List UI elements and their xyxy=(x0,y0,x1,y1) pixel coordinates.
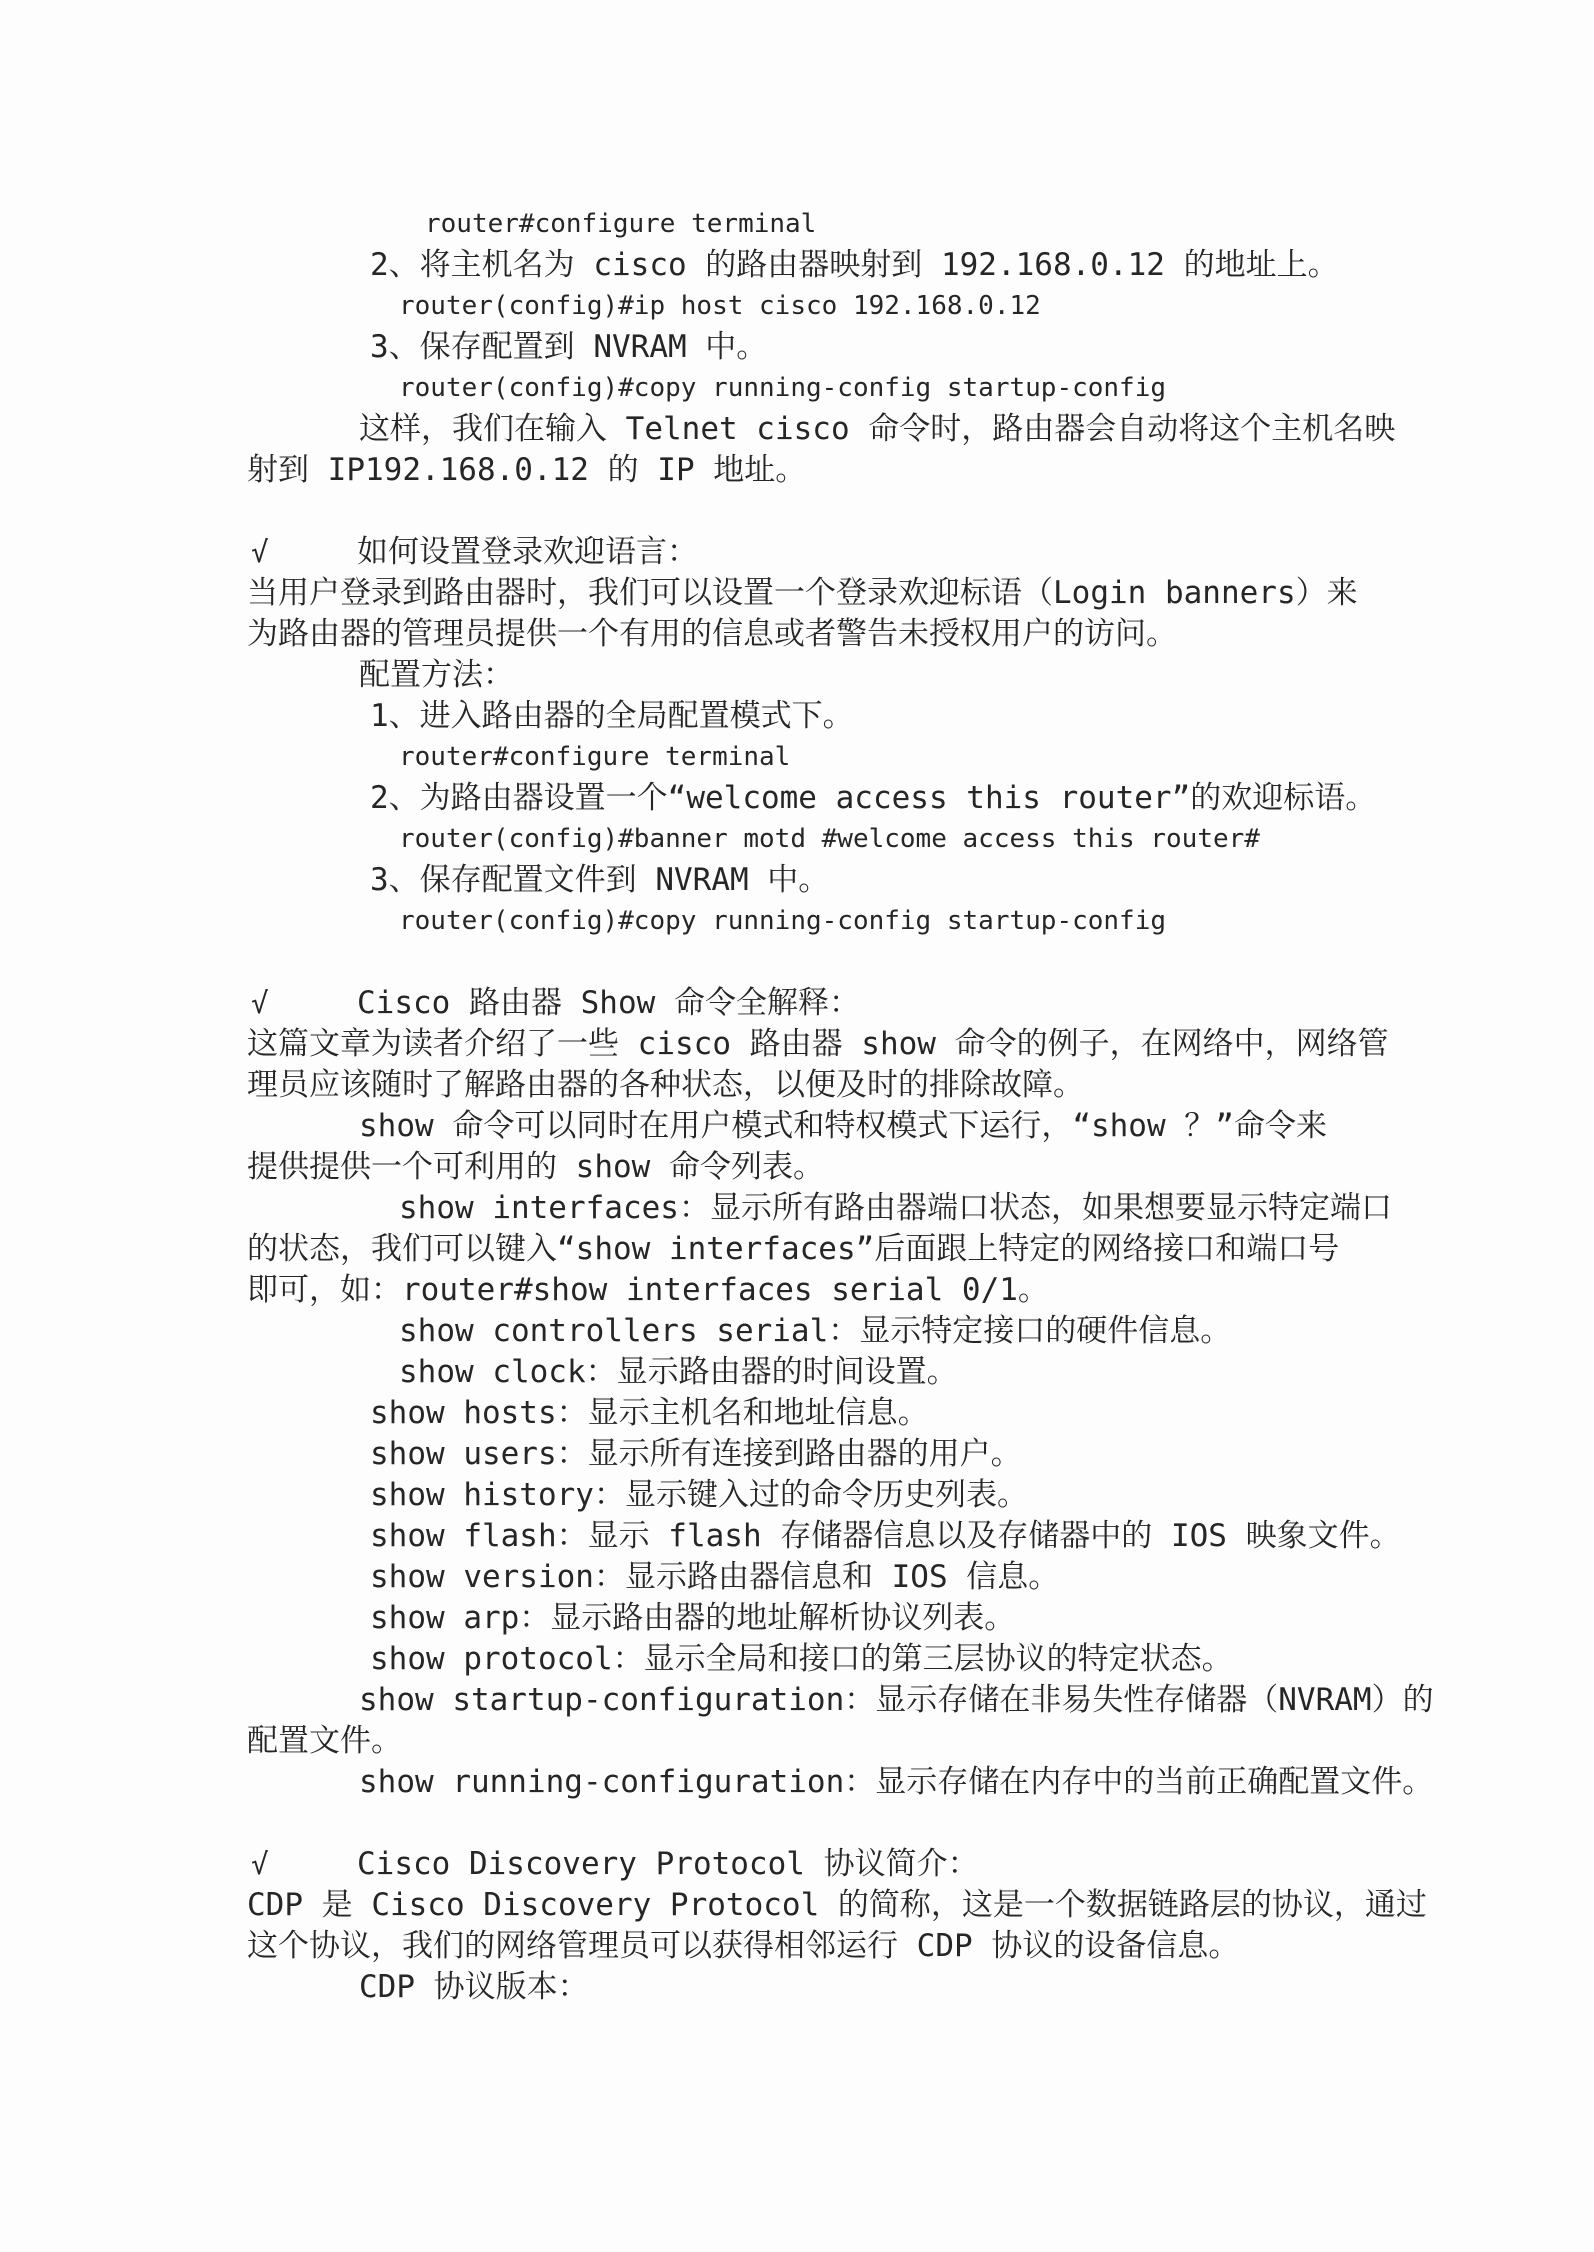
line-text: show hosts：显示主机名和地址信息。 xyxy=(370,1395,929,1431)
command-line: router(config)#copy running-config start… xyxy=(247,368,1474,409)
line-text: 为路由器的管理员提供一个有用的信息或者警告未授权用户的访问。 xyxy=(247,616,1177,652)
line-text: router(config)#copy running-config start… xyxy=(399,373,1166,403)
line-text: router#configure terminal xyxy=(425,209,816,239)
line-text: show running-configuration：显示存储在内存中的当前正确… xyxy=(359,1764,1433,1800)
text-line: 配置方法： xyxy=(247,655,1474,696)
line-text: show arp：显示路由器的地址解析协议列表。 xyxy=(370,1600,1015,1636)
line-text: show interfaces：显示所有路由器端口状态，如果想要显示特定端口 xyxy=(399,1190,1392,1226)
text-line: show hosts：显示主机名和地址信息。 xyxy=(247,1393,1474,1434)
text-line: show startup-configuration：显示存储在非易失性存储器（… xyxy=(247,1680,1474,1721)
text-line: 为路由器的管理员提供一个有用的信息或者警告未授权用户的访问。 xyxy=(247,614,1474,655)
section-heading-line: √如何设置登录欢迎语言： xyxy=(247,532,1474,573)
line-text: CDP 协议版本： xyxy=(359,1969,589,2005)
text-line: 1、进入路由器的全局配置模式下。 xyxy=(247,696,1474,737)
line-text: router(config)#banner motd #welcome acce… xyxy=(399,824,1260,854)
text-line: 的状态，我们可以键入“show interfaces”后面跟上特定的网络接口和端… xyxy=(247,1229,1474,1270)
section-heading-line: √Cisco Discovery Protocol 协议简介： xyxy=(247,1844,1474,1885)
command-line: router#configure terminal xyxy=(247,204,1474,245)
line-text: 这篇文章为读者介绍了一些 cisco 路由器 show 命令的例子，在网络中，网… xyxy=(247,1026,1389,1062)
text-line: show running-configuration：显示存储在内存中的当前正确… xyxy=(247,1762,1474,1803)
document-text-block: router#configure terminal2、将主机名为 cisco 的… xyxy=(247,204,1474,2008)
line-text: 1、进入路由器的全局配置模式下。 xyxy=(370,698,854,734)
line-text: show 命令可以同时在用户模式和特权模式下运行，“show ？”命令来 xyxy=(359,1108,1327,1144)
command-line: router(config)#copy running-config start… xyxy=(247,901,1474,942)
line-text: 2、将主机名为 cisco 的路由器映射到 192.168.0.12 的地址上。 xyxy=(370,247,1339,283)
text-line: show flash：显示 flash 存储器信息以及存储器中的 IOS 映象文… xyxy=(247,1516,1474,1557)
line-text: 2、为路由器设置一个“welcome access this router”的欢… xyxy=(370,780,1376,816)
text-line: CDP 协议版本： xyxy=(247,1967,1474,2008)
text-line: show arp：显示路由器的地址解析协议列表。 xyxy=(247,1598,1474,1639)
line-text: router(config)#ip host cisco 192.168.0.1… xyxy=(399,291,1041,321)
text-line: show clock：显示路由器的时间设置。 xyxy=(247,1352,1474,1393)
line-text: show protocol：显示全局和接口的第三层协议的特定状态。 xyxy=(370,1641,1233,1677)
line-text: show clock：显示路由器的时间设置。 xyxy=(399,1354,958,1390)
text-line: show interfaces：显示所有路由器端口状态，如果想要显示特定端口 xyxy=(247,1188,1474,1229)
line-text: show flash：显示 flash 存储器信息以及存储器中的 IOS 映象文… xyxy=(370,1518,1401,1554)
line-text: 3、保存配置文件到 NVRAM 中。 xyxy=(370,862,829,898)
text-line: 2、为路由器设置一个“welcome access this router”的欢… xyxy=(247,778,1474,819)
text-line: 配置文件。 xyxy=(247,1721,1474,1762)
blank-line xyxy=(247,942,1474,983)
line-text: router(config)#copy running-config start… xyxy=(399,906,1166,936)
text-line: 提供提供一个可利用的 show 命令列表。 xyxy=(247,1147,1474,1188)
line-text: 3、保存配置到 NVRAM 中。 xyxy=(370,329,767,365)
text-line: 理员应该随时了解路由器的各种状态，以便及时的排除故障。 xyxy=(247,1065,1474,1106)
document-page: router#configure terminal2、将主机名为 cisco 的… xyxy=(0,0,1594,2252)
line-text: 配置方法： xyxy=(359,657,514,693)
line-text: 理员应该随时了解路由器的各种状态，以便及时的排除故障。 xyxy=(247,1067,1084,1103)
line-text: show history：显示键入过的命令历史列表。 xyxy=(370,1477,1028,1513)
checkmark-bullet-icon: √ xyxy=(247,983,357,1024)
line-text: show version：显示路由器信息和 IOS 信息。 xyxy=(370,1559,1059,1595)
checkmark-bullet-icon: √ xyxy=(247,1844,357,1885)
text-line: show history：显示键入过的命令历史列表。 xyxy=(247,1475,1474,1516)
checkmark-bullet-icon: √ xyxy=(247,532,357,573)
text-line: 2、将主机名为 cisco 的路由器映射到 192.168.0.12 的地址上。 xyxy=(247,245,1474,286)
text-line: 射到 IP192.168.0.12 的 IP 地址。 xyxy=(247,450,1474,491)
text-line: CDP 是 Cisco Discovery Protocol 的简称，这是一个数… xyxy=(247,1885,1474,1926)
text-line: 当用户登录到路由器时，我们可以设置一个登录欢迎标语（Login banners）… xyxy=(247,573,1474,614)
line-text: 如何设置登录欢迎语言： xyxy=(357,534,698,570)
line-text: 提供提供一个可利用的 show 命令列表。 xyxy=(247,1149,824,1185)
text-line: show 命令可以同时在用户模式和特权模式下运行，“show ？”命令来 xyxy=(247,1106,1474,1147)
line-text: 的状态，我们可以键入“show interfaces”后面跟上特定的网络接口和端… xyxy=(247,1231,1339,1267)
text-line: 即可，如：router#show interfaces serial 0/1。 xyxy=(247,1270,1474,1311)
line-text: Cisco 路由器 Show 命令全解释： xyxy=(357,985,860,1021)
line-text: show users：显示所有连接到路由器的用户。 xyxy=(370,1436,1022,1472)
line-text: CDP 是 Cisco Discovery Protocol 的简称，这是一个数… xyxy=(247,1887,1427,1923)
line-text: show startup-configuration：显示存储在非易失性存储器（… xyxy=(359,1682,1434,1718)
text-line: 3、保存配置文件到 NVRAM 中。 xyxy=(247,860,1474,901)
line-text: 这个协议，我们的网络管理员可以获得相邻运行 CDP 协议的设备信息。 xyxy=(247,1928,1239,1964)
text-line: show users：显示所有连接到路由器的用户。 xyxy=(247,1434,1474,1475)
text-line: 3、保存配置到 NVRAM 中。 xyxy=(247,327,1474,368)
command-line: router(config)#ip host cisco 192.168.0.1… xyxy=(247,286,1474,327)
text-line: show protocol：显示全局和接口的第三层协议的特定状态。 xyxy=(247,1639,1474,1680)
text-line: 这篇文章为读者介绍了一些 cisco 路由器 show 命令的例子，在网络中，网… xyxy=(247,1024,1474,1065)
text-line: 这样，我们在输入 Telnet cisco 命令时，路由器会自动将这个主机名映 xyxy=(247,409,1474,450)
blank-line xyxy=(247,491,1474,532)
text-line: show version：显示路由器信息和 IOS 信息。 xyxy=(247,1557,1474,1598)
line-text: 射到 IP192.168.0.12 的 IP 地址。 xyxy=(247,452,806,488)
text-line: show controllers serial：显示特定接口的硬件信息。 xyxy=(247,1311,1474,1352)
line-text: 即可，如：router#show interfaces serial 0/1。 xyxy=(247,1272,1049,1308)
line-text: show controllers serial：显示特定接口的硬件信息。 xyxy=(399,1313,1231,1349)
command-line: router#configure terminal xyxy=(247,737,1474,778)
line-text: router#configure terminal xyxy=(399,742,790,772)
blank-line xyxy=(247,1803,1474,1844)
line-text: Cisco Discovery Protocol 协议简介： xyxy=(357,1846,979,1882)
line-text: 当用户登录到路由器时，我们可以设置一个登录欢迎标语（Login banners）… xyxy=(247,575,1358,611)
line-text: 配置文件。 xyxy=(247,1723,402,1759)
command-line: router(config)#banner motd #welcome acce… xyxy=(247,819,1474,860)
line-text: 这样，我们在输入 Telnet cisco 命令时，路由器会自动将这个主机名映 xyxy=(359,411,1395,447)
section-heading-line: √Cisco 路由器 Show 命令全解释： xyxy=(247,983,1474,1024)
text-line: 这个协议，我们的网络管理员可以获得相邻运行 CDP 协议的设备信息。 xyxy=(247,1926,1474,1967)
